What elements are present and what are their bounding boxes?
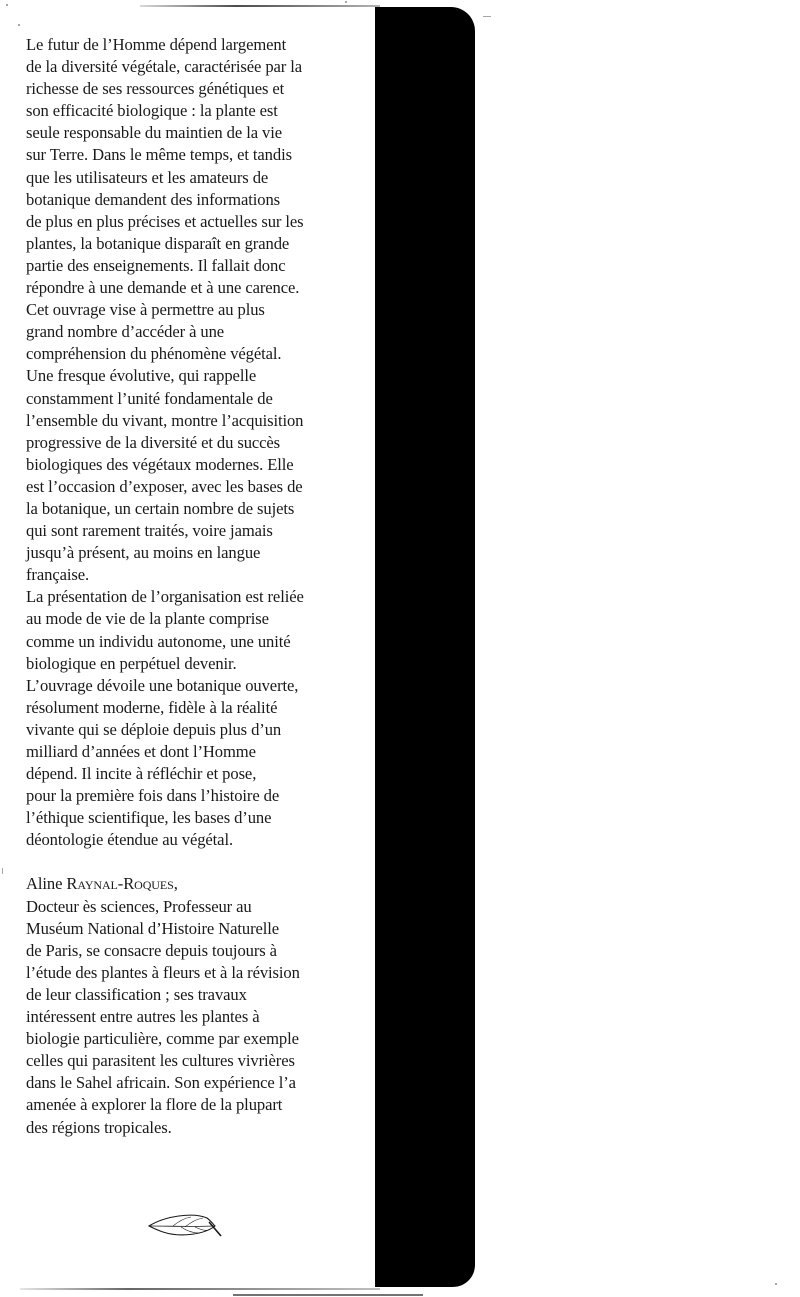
- text-line: résolument moderne, fidèle à la réalité: [26, 697, 366, 719]
- text-line: au mode de vie de la plante comprise: [26, 608, 366, 630]
- text-line: l’ensemble du vivant, montre l’acquisiti…: [26, 410, 366, 432]
- bio-line: Muséum National d’Histoire Naturelle: [26, 918, 366, 940]
- author-suffix: ,: [174, 874, 178, 893]
- scan-speck: [483, 16, 491, 17]
- text-line: l’éthique scientifique, les bases d’une: [26, 807, 366, 829]
- text-line: comme un individu autonome, une unité: [26, 631, 366, 653]
- bio-line: l’étude des plantes à fleurs et à la rév…: [26, 962, 366, 984]
- leaf-icon: [145, 1212, 225, 1242]
- text-line: seule responsable du maintien de la vie: [26, 122, 366, 144]
- bottom-edge-rule-secondary: [233, 1294, 423, 1296]
- author-last-name: Raynal-Roques: [66, 874, 173, 893]
- text-line: Une fresque évolutive, qui rappelle: [26, 365, 366, 387]
- text-line: que les utilisateurs et les amateurs de: [26, 167, 366, 189]
- text-line: L’ouvrage dévoile une botanique ouverte,: [26, 675, 366, 697]
- text-line: de la diversité végétale, caractérisée p…: [26, 56, 366, 78]
- text-line: dépend. Il incite à réfléchir et pose,: [26, 763, 366, 785]
- text-line: plantes, la botanique disparaît en grand…: [26, 233, 366, 255]
- text-line: pour la première fois dans l’histoire de: [26, 785, 366, 807]
- text-line: botanique demandent des informations: [26, 189, 366, 211]
- text-line: Le futur de l’Homme dépend largement: [26, 34, 366, 56]
- spine-black-bar: [375, 7, 475, 1287]
- text-line: partie des enseignements. Il fallait don…: [26, 255, 366, 277]
- bio-line: amenée à explorer la flore de la plupart: [26, 1094, 366, 1116]
- top-edge-rule: [140, 5, 380, 7]
- text-line: jusqu’à présent, au moins en langue: [26, 542, 366, 564]
- scan-speck: [2, 868, 3, 874]
- text-line: biologique en perpétuel devenir.: [26, 653, 366, 675]
- bio-line: dans le Sahel africain. Son expérience l…: [26, 1072, 366, 1094]
- scanned-page: Le futur de l’Homme dépend largement de …: [0, 0, 800, 1297]
- author-bio: Aline Raynal-Roques, Docteur ès sciences…: [26, 873, 366, 1138]
- paragraph-gap: [26, 851, 366, 873]
- text-line: milliard d’années et dont l’Homme: [26, 741, 366, 763]
- scan-speck: [6, 4, 8, 6]
- text-line: richesse de ses ressources génétiques et: [26, 78, 366, 100]
- text-line: La présentation de l’organisation est re…: [26, 586, 366, 608]
- text-line: est l’occasion d’exposer, avec les bases…: [26, 476, 366, 498]
- text-line: progressive de la diversité et du succès: [26, 432, 366, 454]
- bio-line: de leur classification ; ses travaux: [26, 984, 366, 1006]
- bio-line: celles qui parasitent les cultures vivri…: [26, 1050, 366, 1072]
- text-line: qui sont rarement traités, voire jamais: [26, 520, 366, 542]
- bio-line: des régions tropicales.: [26, 1117, 366, 1139]
- text-line: constamment l’unité fondamentale de: [26, 388, 366, 410]
- bio-line: biologie particulière, comme par exemple: [26, 1028, 366, 1050]
- text-line: répondre à une demande et à une carence.: [26, 277, 366, 299]
- text-line: Cet ouvrage vise à permettre au plus: [26, 299, 366, 321]
- author-first-name: Aline: [26, 874, 66, 893]
- scan-speck: [18, 24, 20, 26]
- bio-line: intéressent entre autres les plantes à: [26, 1006, 366, 1028]
- bio-line: Docteur ès sciences, Professeur au: [26, 896, 366, 918]
- bottom-edge-rule: [20, 1288, 380, 1290]
- text-line: vivante qui se déploie depuis plus d’un: [26, 719, 366, 741]
- text-line: compréhension du phénomène végétal.: [26, 343, 366, 365]
- scan-speck: [345, 1, 347, 3]
- back-cover-text: Le futur de l’Homme dépend largement de …: [26, 34, 366, 1139]
- text-line: française.: [26, 564, 366, 586]
- text-line: son efficacité biologique : la plante es…: [26, 100, 366, 122]
- author-name: Aline Raynal-Roques,: [26, 873, 366, 895]
- text-line: la botanique, un certain nombre de sujet…: [26, 498, 366, 520]
- text-line: biologiques des végétaux modernes. Elle: [26, 454, 366, 476]
- text-line: déontologie étendue au végétal.: [26, 829, 366, 851]
- description-paragraph: Le futur de l’Homme dépend largement de …: [26, 34, 366, 851]
- bio-line: de Paris, se consacre depuis toujours à: [26, 940, 366, 962]
- scan-speck: [775, 1283, 777, 1285]
- text-line: de plus en plus précises et actuelles su…: [26, 211, 366, 233]
- text-line: grand nombre d’accéder à une: [26, 321, 366, 343]
- text-line: sur Terre. Dans le même temps, et tandis: [26, 144, 366, 166]
